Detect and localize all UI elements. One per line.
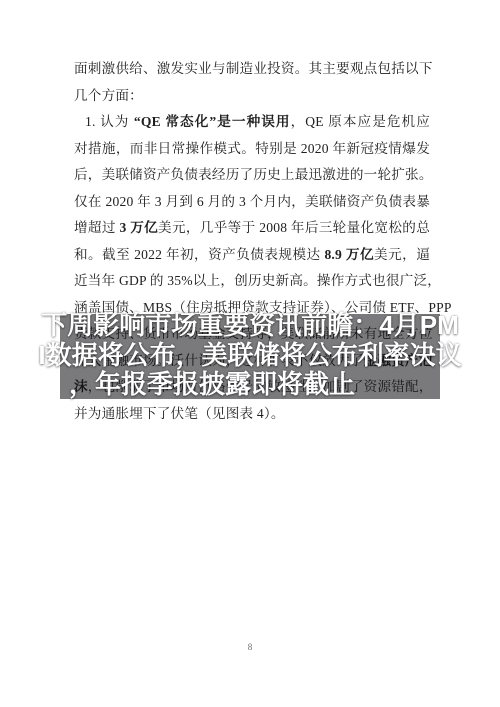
text-segment: 并为通胀埋下了伏笔（见图表 4）。	[74, 406, 285, 421]
text-segment: 几个方面：	[74, 88, 143, 103]
text-segment: 美元，几乎等于 2008 年后三轮量化宽松的总	[158, 220, 430, 235]
text-segment: 增超过	[74, 220, 119, 235]
text-segment: ，QE 原本应是危机应	[291, 114, 430, 129]
text-line: 增超过 3 万亿美元，几乎等于 2008 年后三轮量化宽松的总	[74, 215, 430, 242]
headline-line: ，年报季报披露即将截止	[0, 370, 462, 400]
text-segment: 面刺激供给、激发实业与制造业投资。其主要观点包括以下	[74, 61, 433, 76]
bold-text-segment: 3 万亿	[119, 220, 158, 235]
text-line: 面刺激供给、激发实业与制造业投资。其主要观点包括以下	[74, 56, 430, 83]
headline-line: 下周影响市场重要资讯前瞻：4月PM	[0, 311, 500, 341]
bold-text-segment: 8.9 万亿	[324, 247, 374, 262]
text-segment: 后，美联储资产负债表经历了历史上最迅激进的一轮扩张。	[74, 167, 433, 182]
headline-line: I数据将公布，美联储将公布利率决议	[0, 341, 500, 371]
text-line: 近当年 GDP 的 35%以上，创历史新高。操作方式也很广泛，	[74, 268, 430, 295]
text-segment: 1. 认为	[85, 114, 134, 129]
text-line: 仅在 2020 年 3 月到 6 月的 3 个月内，美联储资产负债表暴	[74, 189, 430, 216]
bold-text-segment: “QE 常态化”是一种误用	[134, 114, 291, 129]
text-line: 并为通胀埋下了伏笔（见图表 4）。	[74, 401, 430, 428]
text-line: 1. 认为 “QE 常态化”是一种误用，QE 原本应是危机应	[74, 109, 430, 136]
text-segment: 仅在 2020 年 3 月到 6 月的 3 个月内，美联储资产负债表暴	[74, 194, 430, 209]
text-line: 对措施，而非日常操作模式。特别是 2020 年新冠疫情爆发	[74, 136, 430, 163]
text-line: 几个方面：	[74, 83, 430, 110]
text-segment: 近当年 GDP 的 35%以上，创历史新高。操作方式也很广泛，	[74, 273, 441, 288]
page-number: 8	[0, 642, 500, 652]
text-segment: 对措施，而非日常操作模式。特别是 2020 年新冠疫情爆发	[74, 141, 430, 156]
document-page: 面刺激供给、激发实业与制造业投资。其主要观点包括以下几个方面：1. 认为 “QE…	[0, 0, 500, 707]
text-line: 后，美联储资产负债表经历了历史上最迅激进的一轮扩张。	[74, 162, 430, 189]
text-segment: 美元，逼	[374, 247, 430, 262]
headline-overlay: 下周影响市场重要资讯前瞻：4月PMI数据将公布，美联储将公布利率决议，年报季报披…	[0, 311, 500, 400]
text-line: 和。截至 2022 年初，资产负债表规模达 8.9 万亿美元，逼	[74, 242, 430, 269]
text-segment: 和。截至 2022 年初，资产负债表规模达	[74, 247, 324, 262]
